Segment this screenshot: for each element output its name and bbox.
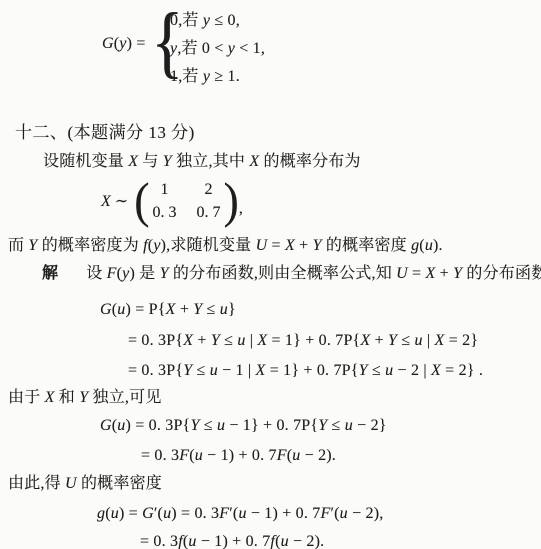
problem-statement-line-2: 而 Y 的概率密度为 f(y),求随机变量 U = X + Y 的概率密度 g(…	[8, 236, 443, 255]
token: F	[277, 447, 287, 464]
token: Y	[28, 237, 37, 254]
token: +	[435, 265, 453, 282]
token: 的概率密度	[322, 237, 411, 254]
equation-gu-result: = 0. 3f(u − 1) + 0. 7f(u − 2).	[140, 532, 324, 549]
token: − 1) + 0. 7	[247, 505, 321, 522]
token: ) = P{	[126, 301, 166, 318]
equation-Gu-definition: G(u) = P{X + Y ≤ u}	[100, 300, 236, 319]
token: − 2}	[353, 417, 387, 434]
token: ≤ 0,	[210, 12, 240, 29]
token: +	[176, 301, 194, 318]
token: Y	[313, 237, 322, 254]
token: X	[431, 362, 441, 379]
token: u	[195, 447, 203, 464]
token: = 2}	[445, 332, 479, 349]
token: ′(	[154, 505, 163, 522]
token: X	[425, 265, 435, 282]
token: ) = 0. 3P{	[126, 417, 191, 434]
token: Y	[453, 265, 462, 282]
token: Y	[160, 265, 169, 282]
problem-heading: 十二、(本题满分 13 分)	[15, 123, 195, 142]
token: ≤	[200, 417, 217, 434]
probability-distribution-matrix: X ∼ ( 1 2 0. 3 0. 7 ) ,	[101, 180, 243, 222]
token: 解	[42, 265, 58, 282]
token: 独立,其中	[172, 153, 249, 170]
token: ) =	[119, 505, 142, 522]
token: F	[320, 505, 330, 522]
hence-note: 由此,得 U 的概率密度	[8, 474, 162, 493]
token: u	[237, 332, 245, 349]
token: X	[256, 362, 266, 379]
token: − 1 |	[218, 362, 256, 379]
token: ) = 0. 3	[171, 505, 219, 522]
piecewise-lhs: G(y) =	[102, 34, 146, 53]
token: F	[107, 265, 117, 282]
matrix-values: 1 2 0. 3 0. 7	[153, 180, 221, 222]
token: − 1) + 0. 7	[197, 533, 271, 549]
token: y	[153, 237, 160, 254]
token: +	[193, 332, 211, 349]
equation-Gu-result: = 0. 3F(u − 1) + 0. 7F(u − 2).	[141, 446, 336, 465]
token: 的概率密度	[77, 475, 162, 492]
token: u	[217, 417, 225, 434]
token: = 1} + 0. 7P{	[266, 362, 359, 379]
token: u	[425, 237, 433, 254]
token: 由此,得	[8, 475, 65, 492]
token: U	[256, 237, 268, 254]
token: U	[396, 265, 408, 282]
token: 而	[8, 237, 28, 254]
token: Y	[193, 301, 202, 318]
token: y	[228, 40, 235, 57]
token: = 0. 3P{	[128, 332, 183, 349]
token: − 1} + 0. 7P{	[225, 417, 318, 434]
token: +	[295, 237, 313, 254]
token: +	[370, 332, 388, 349]
token: =	[267, 237, 285, 254]
token: 独立,可见	[88, 389, 161, 406]
token: g	[97, 505, 105, 522]
matrix-close-paren: )	[224, 178, 239, 223]
token: ≤	[202, 301, 219, 318]
token: − 2),	[348, 505, 384, 522]
token: X	[45, 389, 55, 406]
token: ).	[433, 237, 443, 254]
matrix-lhs: X ∼	[101, 192, 128, 211]
token: Y	[79, 389, 88, 406]
token: Y	[211, 332, 220, 349]
token: = 1} + 0. 7P{	[267, 332, 360, 349]
token: u	[117, 417, 125, 434]
solution-intro: 解设 F(y) 是 Y 的分布函数,则由全概率公式,知 U = X + Y 的分…	[42, 264, 541, 283]
piecewise-case-3: 1,若 y ≥ 1.	[170, 67, 240, 86]
matrix-cell: 1	[153, 180, 177, 199]
token: 与	[138, 153, 163, 170]
token: y	[119, 35, 126, 52]
token: = 2} .	[441, 362, 483, 379]
token: X	[435, 332, 445, 349]
equation-Gu-independent: G(u) = 0. 3P{Y ≤ u − 1} + 0. 7P{Y ≤ u − …	[100, 416, 387, 435]
token: Y	[190, 417, 199, 434]
token: ≤	[220, 332, 237, 349]
token: u	[111, 505, 119, 522]
problem-statement-line-1: 设随机变量 X 与 Y 独立,其中 X 的概率分布为	[43, 152, 361, 171]
math-solution-page: G(y) = { 0,若 y ≤ 0, y,若 0 < y < 1, 1,若 y…	[0, 0, 541, 549]
equation-gu-derivative: g(u) = G′(u) = 0. 3F′(u − 1) + 0. 7F′(u …	[97, 504, 383, 523]
token: X	[257, 332, 267, 349]
token: = 0. 3	[140, 533, 178, 549]
token: X	[285, 237, 295, 254]
token: u	[340, 505, 348, 522]
token: 0,若	[170, 12, 203, 29]
token: F	[179, 447, 189, 464]
token: 的分布函数,则由全概率公式,知	[169, 265, 396, 282]
token: U	[65, 475, 77, 492]
token: ) =	[127, 35, 146, 52]
token: ) 是	[129, 265, 159, 282]
token: Y	[359, 362, 368, 379]
token: = 0. 3	[141, 447, 179, 464]
token: Y	[163, 153, 172, 170]
token: u	[117, 301, 125, 318]
matrix-cell: 0. 3	[153, 203, 177, 222]
token: |	[246, 332, 258, 349]
token: G	[100, 301, 112, 318]
token: u	[188, 533, 196, 549]
token: − 1) + 0. 7	[203, 447, 277, 464]
token: |	[423, 332, 435, 349]
token: = 0. 3P{	[128, 362, 183, 379]
token: ≤	[368, 362, 385, 379]
token: u	[281, 533, 289, 549]
token: }	[228, 301, 236, 318]
token: ≥ 1.	[210, 68, 240, 85]
token: G	[142, 505, 154, 522]
token: ≤	[397, 332, 414, 349]
token: 设随机变量	[43, 153, 128, 170]
token: X	[183, 332, 193, 349]
token: ≤	[327, 417, 344, 434]
token: G	[100, 417, 112, 434]
token: u	[415, 332, 423, 349]
token: 由于	[8, 389, 45, 406]
matrix-cell: 2	[197, 180, 221, 199]
matrix-cell: 0. 7	[197, 203, 221, 222]
token: ≤	[192, 362, 209, 379]
token: − 2 |	[393, 362, 431, 379]
independence-note: 由于 X 和 Y 独立,可见	[8, 388, 162, 407]
token: X	[360, 332, 370, 349]
token: u	[220, 301, 228, 318]
token: ∼	[111, 193, 128, 210]
piecewise-case-2: y,若 0 < y < 1,	[170, 39, 265, 58]
token: u	[345, 417, 353, 434]
token: 1,若	[170, 68, 203, 85]
token: ),求随机变量	[161, 237, 256, 254]
token: u	[210, 362, 218, 379]
token: − 2).	[300, 447, 336, 464]
token: X	[128, 153, 138, 170]
token: 的概率分布为	[259, 153, 360, 170]
token: Y	[318, 417, 327, 434]
token: 的概率密度为	[38, 237, 144, 254]
token: X	[101, 193, 111, 210]
equation-conditional: = 0. 3P{Y ≤ u − 1 | X = 1} + 0. 7P{Y ≤ u…	[128, 361, 483, 380]
token: Y	[183, 362, 192, 379]
token: < 1,	[235, 40, 265, 57]
token: 设	[86, 265, 106, 282]
piecewise-case-1: 0,若 y ≤ 0,	[170, 11, 240, 30]
token: =	[408, 265, 426, 282]
token: Y	[388, 332, 397, 349]
token: ,若 0 <	[177, 40, 227, 57]
token: G	[102, 35, 114, 52]
token: 和	[55, 389, 80, 406]
equation-total-probability: = 0. 3P{X + Y ≤ u | X = 1} + 0. 7P{X + Y…	[128, 331, 478, 350]
token: − 2).	[289, 533, 325, 549]
matrix-trailing-comma: ,	[239, 199, 243, 222]
token: F	[219, 505, 229, 522]
token: u	[238, 505, 246, 522]
token: ′(	[330, 505, 339, 522]
matrix-open-paren: (	[134, 178, 149, 223]
token: X	[249, 153, 259, 170]
token: 的分布函数为	[462, 265, 541, 282]
token: X	[166, 301, 176, 318]
